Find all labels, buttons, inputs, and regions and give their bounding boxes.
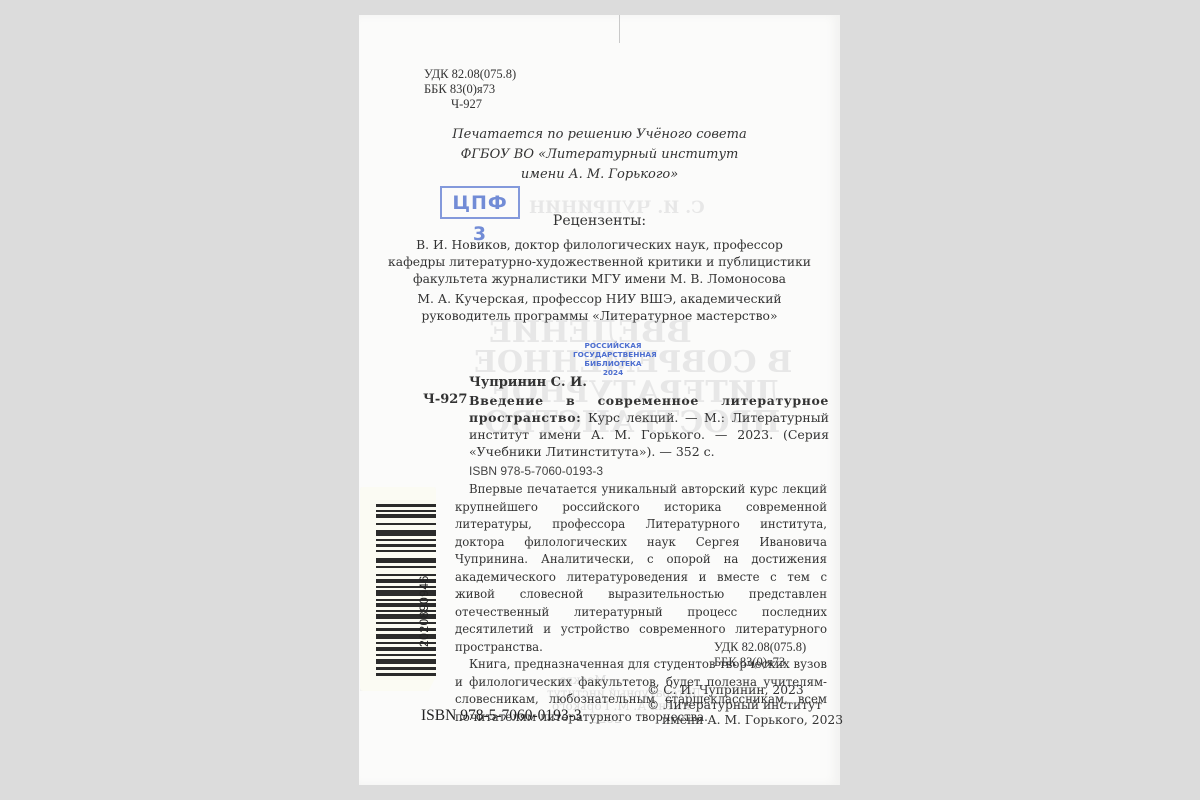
reviewers-title: Рецензенты: [359, 213, 840, 229]
council-line-1: Печатается по решению Учёного совета [359, 125, 840, 145]
copyright-institute: © Литературный институт [647, 698, 843, 713]
footer-classification: УДК 82.08(075.8) ББК 83(0)я73 [714, 640, 806, 670]
barcode-sticker: 2020890946 [360, 487, 436, 691]
book-page: С. И. ЧУПРИНИН ВВЕДЕНИЕ В СОВРЕМЕННОЕ ЛИ… [359, 15, 840, 785]
council-line-2: ФГБОУ ВО «Литературный институт [359, 145, 840, 165]
reviewer-line: руководитель программы «Литературное мас… [359, 308, 840, 325]
record-isbn: ISBN 978-5-7060-0193-3 [469, 464, 603, 478]
copyright-author: © С. И. Чупринин, 2023 [647, 683, 843, 698]
reviewer-line: В. И. Новиков, доктор филологических нау… [359, 237, 840, 254]
footer-isbn: ISBN 978-5-7060-0193-3 [421, 707, 582, 725]
record-author: Чупринин С. И. [469, 375, 587, 390]
footer-udk: УДК 82.08(075.8) [714, 640, 806, 655]
abstract-paragraph-1: Впервые печатается уникальный авторский … [455, 481, 827, 656]
reviewer-line: кафедры литературно-художественной крити… [359, 254, 840, 271]
footer-bbk: ББК 83(0)я73 [714, 655, 806, 670]
copyright-block: © С. И. Чупринин, 2023 © Литературный ин… [647, 683, 843, 728]
library-stamp-line: БИБЛИОТЕКА [573, 359, 653, 368]
udk-code: УДК 82.08(075.8) [424, 67, 516, 82]
author-mark: Ч-927 [424, 97, 516, 112]
library-stamp-line: ГОСУДАРСТВЕННАЯ [573, 350, 653, 359]
council-line-3: имени А. М. Горького» [359, 165, 840, 185]
library-stamp-line: РОССИЙСКАЯ [573, 341, 653, 350]
library-stamp: РОССИЙСКАЯ ГОСУДАРСТВЕННАЯ БИБЛИОТЕКА 20… [573, 341, 653, 377]
record-code: Ч-927 [423, 392, 467, 407]
reviewer-line: факультета журналистики МГУ имени М. В. … [359, 271, 840, 288]
record-description: Введение в современное литературное прос… [469, 392, 829, 460]
reviewer-kucherskaya: М. А. Кучерская, профессор НИУ ВШЭ, акад… [359, 291, 840, 325]
reviewer-line: М. А. Кучерская, профессор НИУ ВШЭ, акад… [359, 291, 840, 308]
bbk-code: ББК 83(0)я73 [424, 82, 516, 97]
barcode-number: 2020890946 [417, 575, 431, 647]
page-fold [619, 15, 620, 43]
council-note: Печатается по решению Учёного совета ФГБ… [359, 125, 840, 185]
reviewer-novikov: В. И. Новиков, доктор филологических нау… [359, 237, 840, 288]
copyright-institute-cont: имени А. М. Горького, 2023 [647, 713, 843, 728]
classification-block: УДК 82.08(075.8) ББК 83(0)я73 Ч-927 [424, 67, 516, 112]
